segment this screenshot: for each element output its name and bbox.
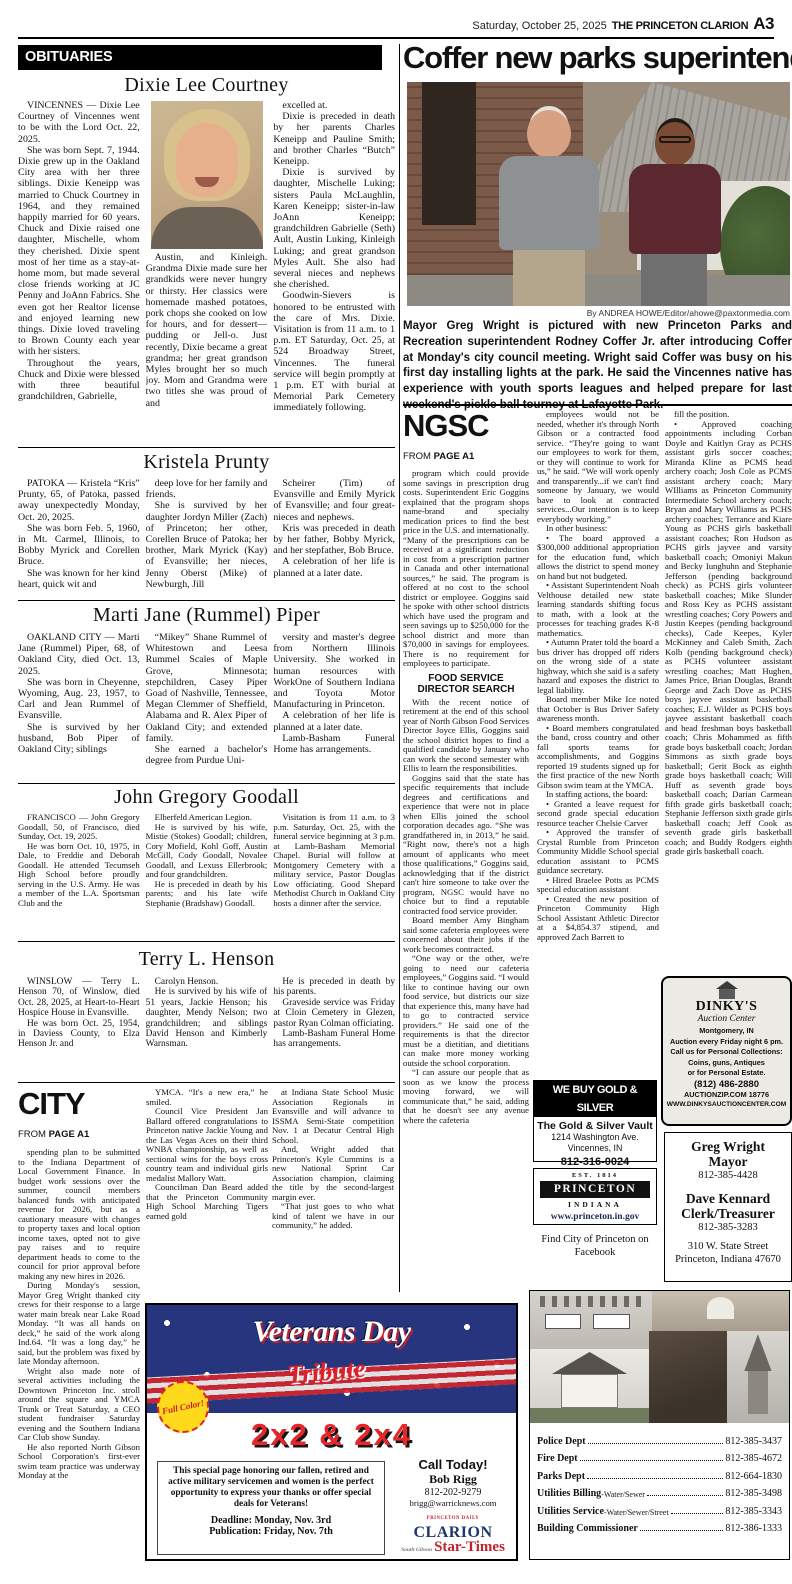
paragraph: • Created the new position of Princeton …: [537, 895, 659, 943]
building-banner: [593, 1314, 630, 1329]
paragraph: VINCENNES — Dixie Lee Courtney of Vincen…: [18, 100, 140, 145]
obituary-title: Dixie Lee Courtney: [18, 74, 395, 97]
ngsc-jump-heading: NGSC: [403, 410, 529, 441]
section-divider: [18, 941, 395, 942]
clerk-title: Clerk/Treasurer: [665, 1206, 791, 1221]
obit-column: “Mikey” Shane Rummel of Whitestown and L…: [146, 632, 268, 780]
ngsc-col1b-text: With the recent notice of retirement at …: [403, 698, 529, 1126]
paragraph: YMCA. “It's a new era,” he smiled.: [146, 1088, 268, 1107]
paragraph: Kris was preceded in death by her father…: [273, 523, 395, 557]
paragraph: He is preceded in death by his parents; …: [146, 880, 268, 909]
princeton-website: www.princeton.in.gov: [536, 1212, 654, 1222]
house-lawn: [530, 1408, 649, 1423]
photo-caption: Mayor Greg Wright is pictured with new P…: [403, 319, 792, 414]
veterans-title: Veterans Day: [147, 1315, 516, 1349]
portrait-shirt: [151, 207, 263, 249]
ad-deadline: Deadline: Monday, Nov. 3rd: [163, 1515, 379, 1526]
directory-row: Utilities Billing-Water/Sewer 812-385-34…: [537, 1482, 782, 1500]
paragraph: Wright also made note of several activit…: [18, 1367, 140, 1443]
gold-banner: WE BUY GOLD & SILVER: [534, 1081, 656, 1117]
paragraph: She was born Feb. 5, 1960, in Mt. Carmel…: [18, 523, 140, 568]
paragraph: • Approved the transfer of Crystal Rumbl…: [537, 828, 659, 876]
obit-column: Carolyn Henson.He is survived by his wif…: [146, 977, 268, 1077]
dotted-leader: [580, 1460, 724, 1461]
collage-gazebo-photo: [652, 1291, 789, 1331]
city-jump-from: FROM PAGE A1: [18, 1129, 140, 1140]
obit-column: FRANCISCO — John Gregory Goodall, 50, of…: [18, 813, 140, 937]
contact-phone: 812-202-9279: [393, 1487, 513, 1498]
obit-column: Visitation is from 11 a.m. to 3 p.m. Sat…: [273, 813, 395, 937]
obit-column: OAKLAND CITY — Marti Jane (Rummel) Piper…: [18, 632, 140, 780]
paragraph: “Mikey” Shane Rummel of Whitestown and L…: [146, 632, 268, 744]
clarion-logo: PRINCETON DAILYCLARION: [393, 1512, 513, 1540]
paragraph: FRANCISCO — John Gregory Goodall, 50, of…: [18, 813, 140, 842]
page-header: Saturday, October 25, 2025 THE PRINCETON…: [472, 14, 774, 34]
dinkys-location: Montgomery, IN: [663, 1026, 790, 1037]
obit-column: He is preceded in death by his parents.G…: [273, 977, 395, 1077]
barn-icon: [714, 981, 740, 999]
paragraph: Lamb-Basham Funeral Home has arrangement…: [273, 733, 395, 755]
obit-column: versity and master's degree from Norther…: [273, 632, 395, 780]
paragraph: He is survived by his wife of 51 years, …: [146, 987, 268, 1049]
paragraph: spending plan to be submitted to the Ind…: [18, 1148, 140, 1281]
figure-head: [655, 122, 695, 166]
obit-column: Scheirer (Tim) of Evansville and Emily M…: [273, 478, 395, 597]
directory-sublabel: -Water/Sewer/Street: [604, 1508, 669, 1517]
paragraph: “I can assure our people that as soon as…: [403, 1068, 529, 1125]
directory-row: Fire Dept 812-385-4672: [537, 1447, 782, 1465]
contact-name: Bob Rigg: [393, 1472, 513, 1487]
paragraph: She earned a bachelor's degree from Purd…: [146, 744, 268, 766]
article-divider-rule: [403, 404, 792, 406]
city-hall-address-2: Princeton, Indiana 47670: [665, 1254, 791, 1267]
tower-body: [748, 1371, 768, 1413]
princeton-name: PRINCETON: [540, 1181, 650, 1198]
dinkys-auctionzip: AUCTIONZIP.COM 18776: [663, 1090, 790, 1101]
column-divider: [399, 44, 400, 1292]
gold-city: Vincennes, IN: [534, 1143, 656, 1154]
section-divider: [18, 1082, 395, 1083]
directory-label: Police Dept: [537, 1436, 586, 1447]
paragraph: Board member Amy Bingham said some cafet…: [403, 916, 529, 954]
photo-doorway: [422, 82, 476, 225]
collage-building-photo: [530, 1291, 652, 1349]
collage-clock-tower-photo: [727, 1331, 789, 1423]
paragraph: at Indiana State School Music Associatio…: [272, 1088, 394, 1145]
paragraph: Graveside service was Friday at Cloin Ce…: [273, 998, 395, 1029]
obit-column: PATOKA — Kristela “Kris” Prunty, 65, of …: [18, 478, 140, 597]
dinkys-subname: Auction Center: [663, 1014, 790, 1024]
paragraph: OAKLAND CITY — Marti Jane (Rummel) Piper…: [18, 632, 140, 677]
building-banner: [545, 1314, 582, 1329]
obit-column: WINSLOW — Terry L. Henson 70, of Winslow…: [18, 977, 140, 1077]
collage-mural-photo: [649, 1331, 727, 1423]
dinkys-line: Auction every Friday night 6 pm.: [663, 1037, 790, 1048]
paragraph: • Autumn Prater told the board a bus dri…: [537, 638, 659, 695]
clerk-phone: 812-385-3283: [665, 1221, 791, 1234]
masthead: THE PRINCETON CLARION: [612, 20, 749, 32]
directory-label: Parks Dept: [537, 1471, 585, 1482]
obituary-john-goodall: FRANCISCO — John Gregory Goodall, 50, of…: [18, 813, 395, 937]
figure-gray-pants: [641, 254, 707, 306]
paragraph: PATOKA — Kristela “Kris” Prunty, 65, of …: [18, 478, 140, 523]
obituary-title: Terry L. Henson: [18, 948, 395, 971]
paragraph: • Hired Braelee Potts as PCMS special ed…: [537, 876, 659, 895]
directory-phone: 812-385-3437: [725, 1436, 782, 1447]
directory-row: Building Commissioner 812-386-1333: [537, 1517, 782, 1535]
clerk-name: Dave Kennard: [665, 1191, 791, 1206]
dotted-leader: [640, 1530, 723, 1531]
princeton-logo: EST. 1814 PRINCETON INDIANA www.princeto…: [533, 1168, 657, 1225]
directory-phone: 812-386-1333: [725, 1523, 782, 1534]
paragraph: She was born in Cheyenne, Wyoming, Aug. …: [18, 677, 140, 722]
paragraph: She is survived by her husband, Bob Pipe…: [18, 722, 140, 756]
building-windows: [540, 1296, 642, 1308]
directory-row: Utilities Service-Water/Sewer/Street 812…: [537, 1499, 782, 1517]
obit-column: Austin, and Kinleigh. Grandma Dixie made…: [146, 100, 268, 446]
paragraph: • Granted a leave request for second gra…: [537, 800, 659, 829]
obituaries-section-banner: OBITUARIES: [18, 45, 382, 70]
paragraph: “One way or the other, we're going to ne…: [403, 954, 529, 1068]
obituary-kristela-prunty: PATOKA — Kristela “Kris” Prunty, 65, of …: [18, 478, 395, 597]
obit-column: VINCENNES — Dixie Lee Courtney of Vincen…: [18, 100, 140, 446]
barn-roof: [716, 981, 738, 989]
section-divider: [18, 447, 395, 448]
paragraph: program which could provide some savings…: [403, 469, 529, 669]
page-number: A3: [753, 14, 774, 34]
paragraph: She was born Sept. 7, 1944. Dixie grew u…: [18, 145, 140, 358]
princeton-est: EST. 1814: [536, 1172, 654, 1179]
dotted-leader: [647, 1495, 723, 1496]
gold-business-name: The Gold & Silver Vault: [534, 1120, 656, 1132]
section-divider: [18, 783, 395, 784]
figure-glasses: [659, 136, 691, 143]
call-today-label: Call Today!: [393, 1457, 513, 1472]
house-front: [561, 1374, 618, 1408]
ngsc-col1a-text: program which could provide some savings…: [403, 469, 529, 669]
ngsc-jump-column-1: NGSC FROM PAGE A1 program which could pr…: [403, 410, 529, 1250]
paragraph: excelled at.: [273, 100, 395, 111]
princeton-city-ad: EST. 1814 PRINCETON INDIANA www.princeto…: [533, 1168, 657, 1286]
star-times-logo-small: South Gibson: [401, 1547, 432, 1553]
city-col1-text: spending plan to be submitted to the Ind…: [18, 1148, 140, 1481]
directory-label: Utilities Service: [537, 1506, 604, 1517]
paragraph: A celebration of her life is planned at …: [273, 710, 395, 732]
ngsc-jump-from: FROM PAGE A1: [403, 451, 529, 462]
section-divider: [18, 600, 395, 601]
paragraph: He is survived by his wife, Mistie (Stok…: [146, 823, 268, 880]
obituary-marti-piper: OAKLAND CITY — Marti Jane (Rummel) Piper…: [18, 632, 395, 780]
ad-copy-text: This special page honoring our fallen, r…: [163, 1466, 379, 1510]
city-jump-heading: CITY: [18, 1088, 140, 1119]
obit-column: Elberfeld American Legion.He is survived…: [146, 813, 268, 937]
veterans-contact: Call Today! Bob Rigg 812-202-9279 brigg@…: [393, 1457, 513, 1558]
city-directory-ad: Police Dept 812-385-3437 Fire Dept 812-3…: [529, 1290, 790, 1560]
dinkys-line: Coins, guns, Antiques: [663, 1058, 790, 1069]
paragraph: With the recent notice of retirement at …: [403, 698, 529, 774]
photo-credit: By ANDREA HOWE/Editor/ahowe@paxtonmedia.…: [403, 308, 790, 318]
issue-date: Saturday, October 25, 2025: [472, 20, 606, 32]
veterans-ad-copy: This special page honoring our fallen, r…: [157, 1461, 385, 1555]
paragraph: • Board members congratulated the band, …: [537, 724, 659, 791]
directory-row: Parks Dept 812-664-1830: [537, 1464, 782, 1482]
dotted-leader: [587, 1478, 723, 1479]
directory-phone: 812-385-3343: [725, 1506, 782, 1517]
paragraph: He was born Oct. 25, 1954, in Daviess Co…: [18, 1019, 140, 1050]
paragraph: He also reported North Gibson School Cor…: [18, 1443, 140, 1481]
paragraph: Dixie is preceded in death by her parent…: [273, 111, 395, 167]
city-officials-ad: Greg Wright Mayor 812-385-4428 Dave Kenn…: [664, 1132, 792, 1282]
obituary-title: John Gregory Goodall: [18, 786, 395, 809]
obituary-dixie-courtney: VINCENNES — Dixie Lee Courtney of Vincen…: [18, 100, 395, 446]
gold-silver-ad: WE BUY GOLD & SILVER The Gold & Silver V…: [533, 1080, 657, 1162]
paragraph: • Approved coaching appointments includi…: [665, 420, 792, 857]
dinkys-line: Call us for Personal Collections:: [663, 1047, 790, 1058]
paragraph: Council Vice President Jan Ballard offer…: [146, 1107, 268, 1183]
paragraph: Throughout the years, Chuck and Dixie we…: [18, 358, 140, 403]
directory-phone: 812-385-4672: [725, 1453, 782, 1464]
mayor-title: Mayor: [665, 1154, 791, 1169]
paragraph: • The board approved a $300,000 addition…: [537, 534, 659, 582]
obit-column-text: Austin, and Kinleigh. Grandma Dixie made…: [146, 252, 268, 409]
collage-house-photo: [530, 1349, 649, 1423]
tower-spire: [744, 1334, 771, 1371]
gold-phone: 812-316-0024: [534, 1156, 656, 1168]
photo-mayor-figure: [485, 110, 615, 306]
ngsc-subhead: FOOD SERVICE DIRECTOR SEARCH: [403, 673, 529, 696]
gazebo-dome: [707, 1297, 734, 1319]
paragraph: Goodwin-Sievers is honored to be entrust…: [273, 290, 395, 413]
paragraph: Austin, and Kinleigh. Grandma Dixie made…: [146, 252, 268, 409]
figure-gray-polo: [499, 156, 599, 250]
paragraph: She is survived by her daughter Jordyn M…: [146, 500, 268, 590]
directory-row: Police Dept 812-385-3437: [537, 1429, 782, 1447]
dotted-leader: [671, 1513, 724, 1514]
obituary-portrait-photo: [151, 101, 263, 249]
from-label: FROM: [18, 1129, 49, 1140]
veterans-day-ad: Veterans Day Tribute Full Color! 2x2 & 2…: [145, 1303, 518, 1561]
main-article-photo: [407, 82, 790, 306]
dinkys-auction-ad: DINKY'S Auction Center Montgomery, IN Au…: [661, 976, 792, 1126]
city-jump-column-1: CITY FROM PAGE A1 spending plan to be su…: [18, 1088, 140, 1582]
photo-superintendent-figure: [615, 122, 737, 306]
directory-label: Fire Dept: [537, 1453, 578, 1464]
figure-maroon-shirt: [629, 164, 721, 254]
city-jump-column-2: YMCA. “It's a new era,” he smiled.Counci…: [146, 1088, 268, 1300]
house-roof: [551, 1352, 627, 1374]
gold-address: 1214 Washington Ave.: [534, 1132, 656, 1143]
directory-label: Utilities Billing: [537, 1488, 601, 1499]
obit-column: excelled at.Dixie is preceded in death b…: [273, 100, 395, 446]
newspaper-page: Saturday, October 25, 2025 THE PRINCETON…: [0, 0, 792, 1584]
paragraph: “That just goes to who what kind of tale…: [272, 1202, 394, 1231]
paragraph: Scheirer (Tim) of Evansville and Emily M…: [273, 478, 395, 523]
from-page: PAGE A1: [49, 1129, 90, 1140]
ad-sizes: 2x2 & 2x4: [147, 1417, 516, 1453]
star-times-logo-text: Star-Times: [434, 1539, 505, 1555]
from-label: FROM: [403, 451, 434, 462]
city-jump-column-3: at Indiana State School Music Associatio…: [272, 1088, 394, 1303]
mayor-name: Greg Wright: [665, 1139, 791, 1154]
paragraph: • Assistant Superintendent Noah Velthous…: [537, 581, 659, 638]
from-page: PAGE A1: [434, 451, 475, 462]
city-photo-collage: [530, 1291, 789, 1423]
dotted-leader: [588, 1443, 724, 1444]
paragraph: Goggins said that the state has specific…: [403, 774, 529, 917]
paragraph: Lamb-Basham Funeral Home has arrangement…: [273, 1029, 395, 1050]
paragraph: Dixie is survived by daughter, Mischelle…: [273, 167, 395, 290]
paragraph: Councilman Dan Beard added that the Prin…: [146, 1183, 268, 1221]
paragraph: deep love for her family and friends.: [146, 478, 268, 500]
ngsc-jump-column-2: employees would not be needed, whether i…: [537, 410, 659, 1075]
header-rule: [18, 37, 774, 39]
dinkys-phone: (812) 486-2880: [663, 1079, 790, 1090]
paragraph: He is preceded in death by his parents.: [273, 977, 395, 998]
directory-phone: 812-664-1830: [725, 1471, 782, 1482]
main-headline: Coffer new parks superintendent: [403, 40, 792, 76]
contact-email: brigg@warricknews.com: [393, 1498, 513, 1508]
paragraph: versity and master's degree from Norther…: [273, 632, 395, 710]
paragraph: Visitation is from 11 a.m. to 3 p.m. Sat…: [273, 813, 395, 908]
obituary-terry-henson: WINSLOW — Terry L. Henson 70, of Winslow…: [18, 977, 395, 1077]
mayor-phone: 812-385-4428: [665, 1169, 791, 1182]
figure-khaki-pants: [513, 250, 585, 306]
dinkys-name: DINKY'S: [663, 999, 790, 1015]
city-hall-address-1: 310 W. State Street: [665, 1241, 791, 1254]
paragraph: WINSLOW — Terry L. Henson 70, of Winslow…: [18, 977, 140, 1019]
obituary-title: Marti Jane (Rummel) Piper: [18, 604, 395, 627]
paragraph: And, Wright added that Princeton's Kyle …: [272, 1145, 394, 1202]
paragraph: A celebration of her life is planned at …: [273, 556, 395, 578]
directory-label: Building Commissioner: [537, 1523, 638, 1534]
directory-phone: 812-385-3498: [725, 1488, 782, 1499]
ngsc-jump-column-3: fill the position.• Approved coaching ap…: [665, 410, 792, 972]
barn-body: [719, 989, 735, 999]
dinkys-website: WWW.DINKYSAUCTIONCENTER.COM: [663, 1100, 790, 1111]
paragraph: Carolyn Henson.: [146, 977, 268, 987]
star-times-logo: South GibsonStar-Times: [393, 1540, 513, 1558]
dinkys-details: Montgomery, IN Auction every Friday nigh…: [663, 1026, 790, 1111]
obituary-title: Kristela Prunty: [18, 451, 395, 474]
paragraph: During Monday's session, Mayor Greg Wrig…: [18, 1281, 140, 1367]
paragraph: She was known for her kind heart, quick …: [18, 568, 140, 590]
obit-column: deep love for her family and friends.She…: [146, 478, 268, 597]
paragraph: employees would not be needed, whether i…: [537, 410, 659, 524]
princeton-facebook-note: Find City of Princeton on Facebook: [533, 1233, 657, 1259]
ad-publication: Publication: Friday, Nov. 7th: [163, 1526, 379, 1537]
princeton-state: INDIANA: [536, 1200, 654, 1209]
dinkys-line: or for Personal Estate.: [663, 1068, 790, 1079]
figure-head: [527, 110, 571, 158]
paragraph: Board member Mike Ice noted that October…: [537, 695, 659, 724]
directory-sublabel: -Water/Sewer: [601, 1490, 645, 1499]
phone-directory: Police Dept 812-385-3437 Fire Dept 812-3…: [530, 1423, 789, 1534]
paragraph: He was born Oct. 10, 1975, in Dale, to F…: [18, 842, 140, 909]
